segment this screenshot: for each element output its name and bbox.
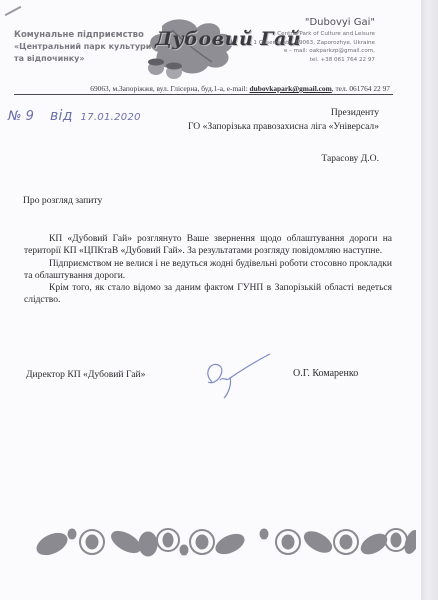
email-link[interactable]: dubovkapark@gmail.com: [250, 84, 332, 93]
handwritten-signature-icon: [198, 352, 278, 402]
signer-name: О.Г. Комаренко: [293, 368, 358, 379]
org-line-2: «Центральний парк культури: [14, 41, 151, 53]
org-line-3: та відпочинку»: [14, 53, 151, 65]
org-name-en: "Dubovyi Gai": [253, 16, 375, 30]
signer-position: Директор КП «Дубовий Гай»: [26, 369, 145, 380]
reg-number: 9: [26, 109, 35, 124]
letter-body: КП «Дубовий Гай» розглянуто Ваше звернен…: [24, 233, 392, 307]
addressee-title: Президенту: [188, 106, 379, 120]
letter-page: Комунальне підприємство «Центральний пар…: [0, 0, 421, 600]
body-paragraph: Крім того, як стало відомо за даним факт…: [24, 282, 392, 307]
reg-date-word: від: [50, 108, 73, 124]
oak-acorn-ornament-icon: [34, 520, 416, 566]
org-en-line-1: Central Park of Culture and Leisure: [253, 30, 375, 39]
org-en-phone: tel. +38 061 764 22 97: [253, 56, 375, 65]
org-name-english: "Dubovyi Gai" Central Park of Culture an…: [253, 16, 375, 64]
address-line: 69063, м.Запоріжжя, вул. Глісерна, буд.1…: [14, 83, 393, 95]
org-name-ukrainian: Комунальне підприємство «Центральний пар…: [14, 29, 151, 65]
addressee-name: Тарасову Д.О.: [188, 152, 379, 166]
registration-handwritten: № 9 від 17.01.2020: [8, 108, 141, 124]
phone-text: , тел. 061764 22 97: [332, 84, 390, 93]
scan-edge: [421, 0, 438, 600]
org-en-email: e – mail: oakparkzp@gmail.com,: [253, 47, 375, 56]
address-text: 69063, м.Запоріжжя, вул. Глісерна, буд.1…: [90, 84, 249, 93]
letter-subject: Про розгляд запиту: [23, 195, 102, 206]
body-paragraph: Підприємством не велися і не ведуться жо…: [24, 258, 392, 283]
reg-date: 17.01.2020: [81, 112, 141, 123]
org-en-line-2: 1 Glisema str., 69063, Zaporozhye, Ukrai…: [253, 39, 375, 48]
body-paragraph: КП «Дубовий Гай» розглянуто Ваше звернен…: [24, 233, 392, 258]
org-line-1: Комунальне підприємство: [14, 29, 151, 41]
scan-mark: [5, 6, 22, 16]
addressee-block: Президенту ГО «Запорізька правозахисна л…: [188, 106, 379, 166]
reg-number-prefix: №: [8, 109, 22, 124]
addressee-organization: ГО «Запорізька правозахисна ліга «Універ…: [188, 120, 379, 134]
